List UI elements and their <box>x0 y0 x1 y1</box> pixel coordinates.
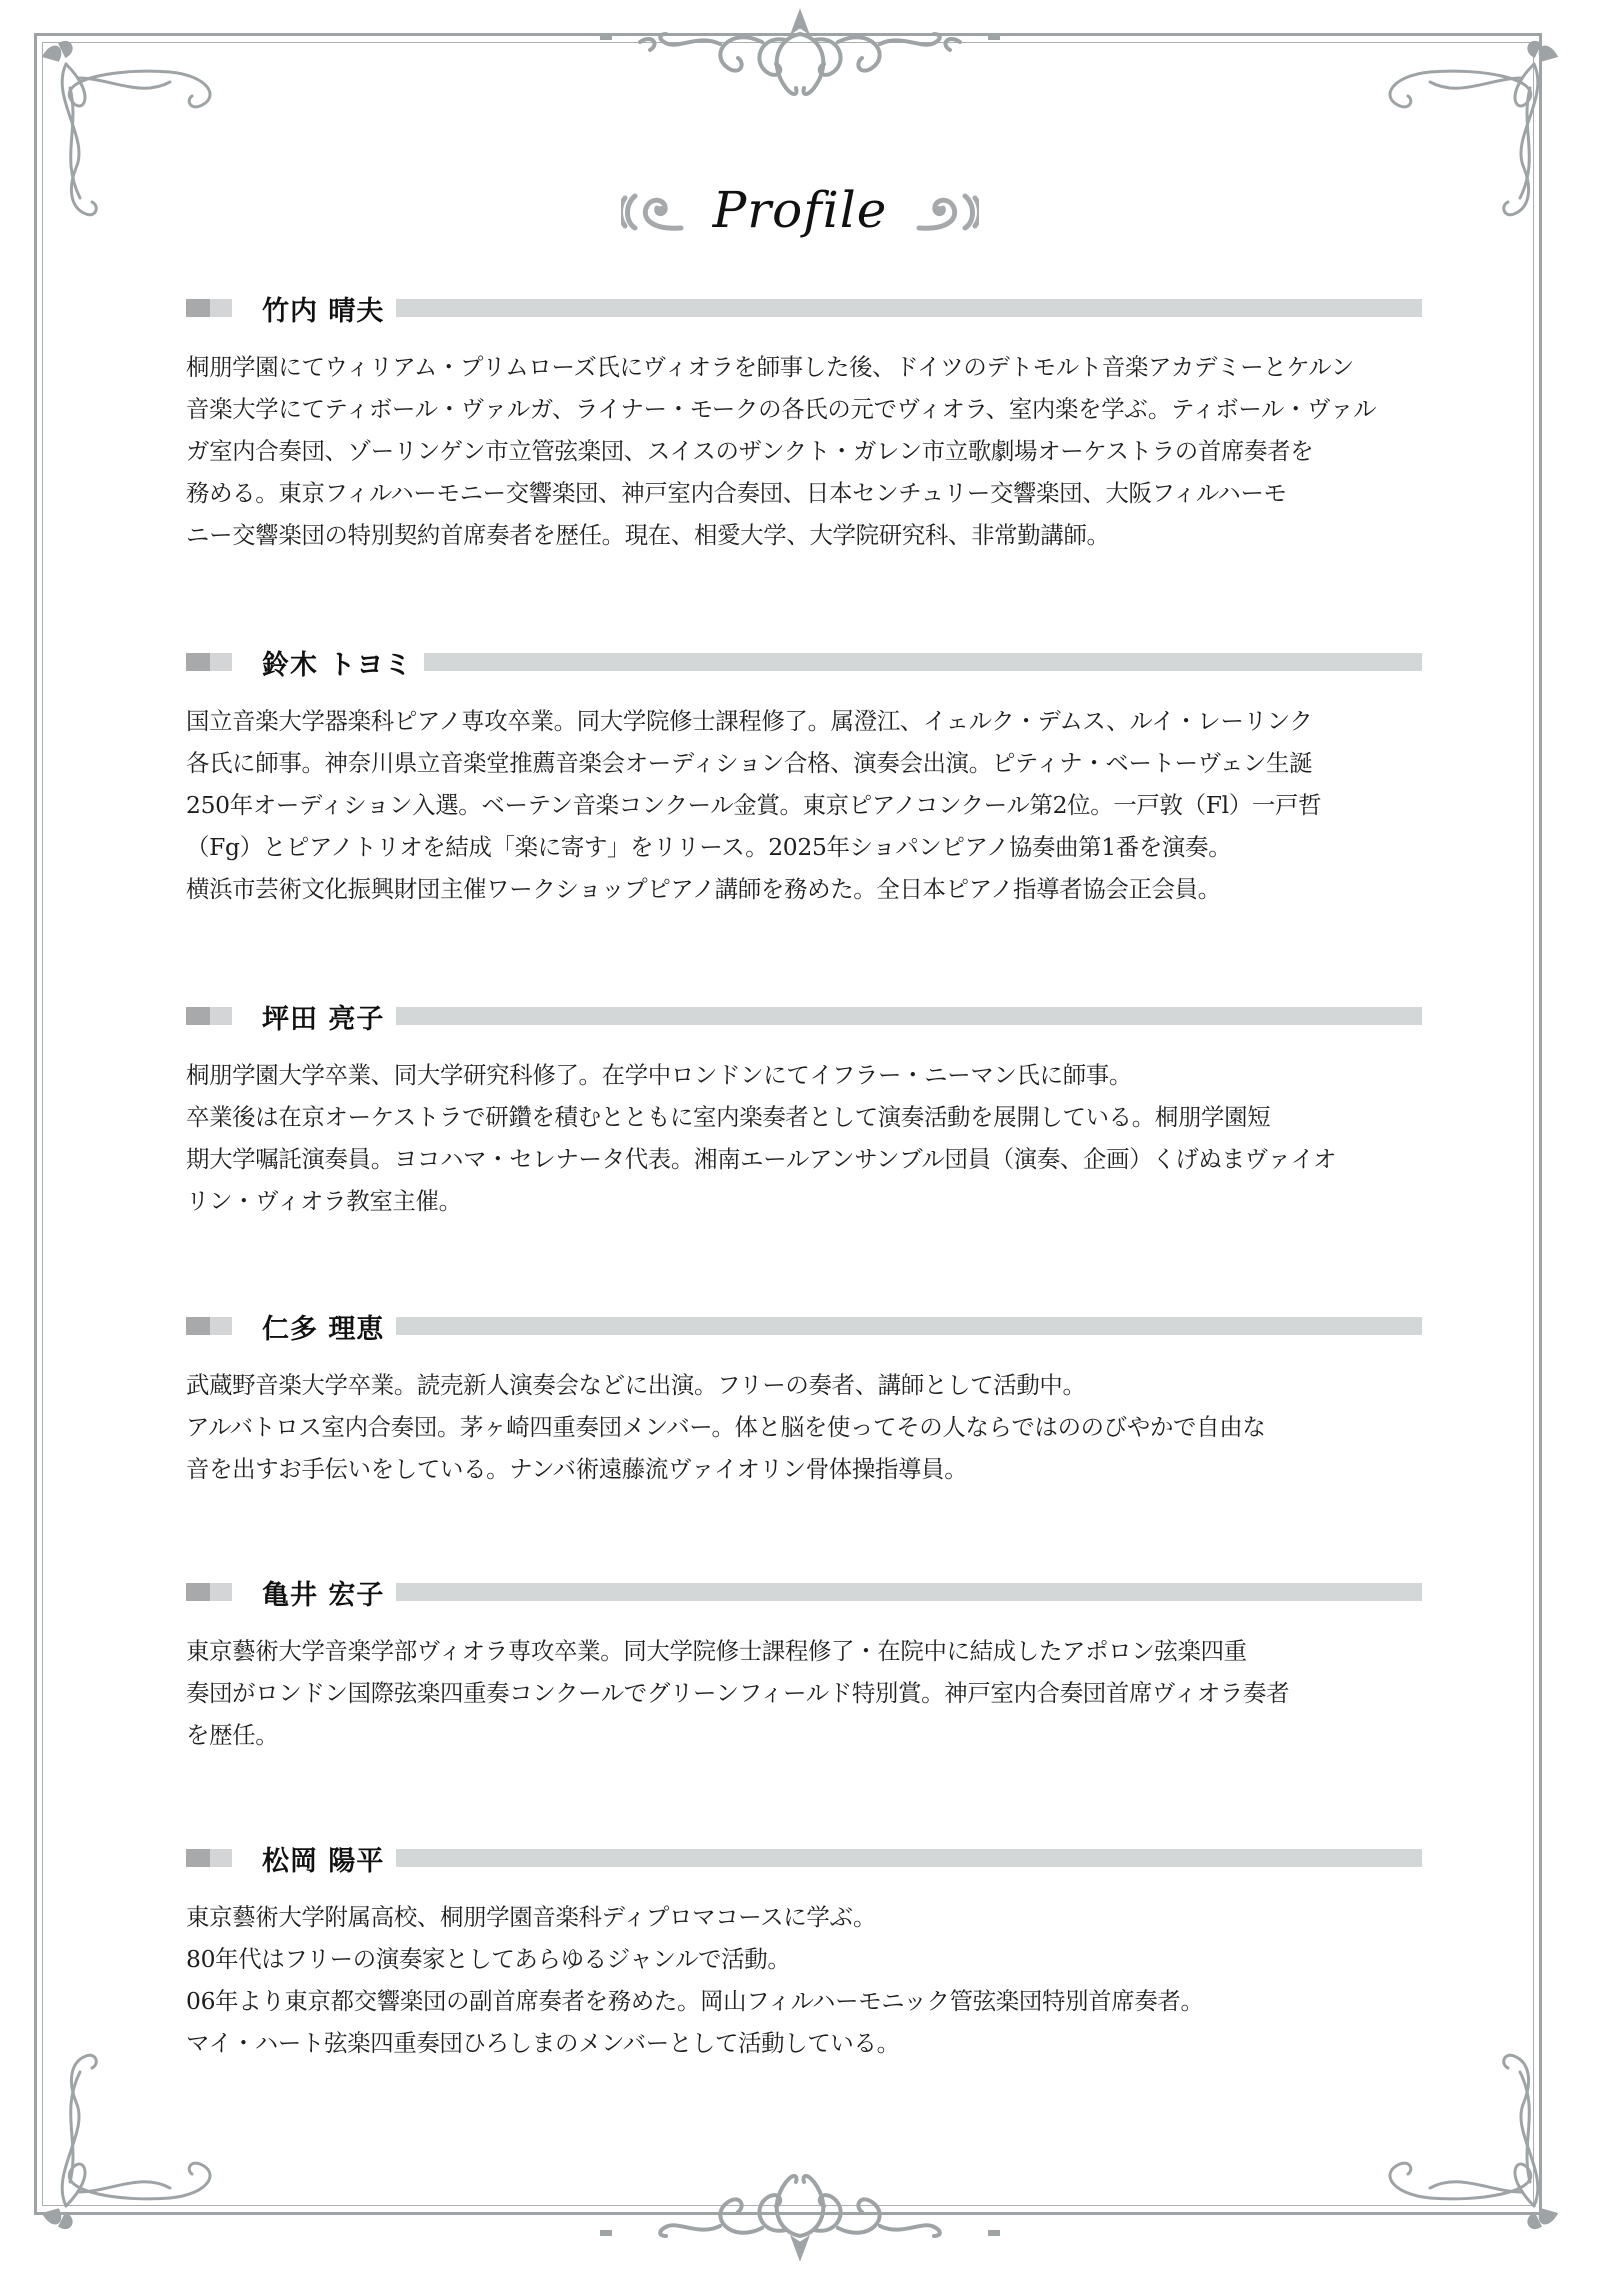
profile-section-6: 松岡 陽平 東京藝術大学附属高校、桐朋学園音楽科ディプロマコースに学ぶ。 80年… <box>186 1838 1422 2064</box>
bio-line: 期大学嘱託演奏員。ヨコハマ・セレナータ代表。湘南エールアンサンブル団員（演奏、企… <box>186 1138 1422 1180</box>
profile-header: 亀井 宏子 <box>186 1572 1422 1612</box>
bio-line: 桐朋学園大学卒業、同大学研究科修了。在学中ロンドンにてイフラー・ニーマン氏に師事… <box>186 1054 1422 1096</box>
bio-line: 音楽大学にてティボール・ヴァルガ、ライナー・モークの各氏の元でヴィオラ、室内楽を… <box>186 388 1422 430</box>
bio-line: 桐朋学園にてウィリアム・プリムローズ氏にヴィオラを師事した後、ドイツのデトモルト… <box>186 346 1422 388</box>
profile-section-1: 竹内 晴夫 桐朋学園にてウィリアム・プリムローズ氏にヴィオラを師事した後、ドイツ… <box>186 288 1422 556</box>
bio-line: リン・ヴィオラ教室主催。 <box>186 1180 1422 1222</box>
bio-line: を歴任。 <box>186 1714 1422 1756</box>
header-marker-dark <box>186 1849 210 1867</box>
bio-line: 奏団がロンドン国際弦楽四重奏コンクールでグリーンフィールド特別賞。神戸室内合奏団… <box>186 1672 1422 1714</box>
swirl-icon-left <box>621 188 685 232</box>
bottom-flourish-icon <box>600 2170 1000 2266</box>
bio-line: 80年代はフリーの演奏家としてあらゆるジャンルで活動。 <box>186 1938 1422 1980</box>
bio-line: 東京藝術大学音楽学部ヴィオラ専攻卒業。同大学院修士課程修了・在院中に結成したアポ… <box>186 1630 1422 1672</box>
header-bar <box>424 653 1422 671</box>
profile-section-3: 坪田 亮子 桐朋学園大学卒業、同大学研究科修了。在学中ロンドンにてイフラー・ニー… <box>186 996 1422 1222</box>
profile-bio: 国立音楽大学器楽科ピアノ専攻卒業。同大学院修士課程修了。属澄江、イェルク・デムス… <box>186 700 1422 910</box>
bio-line: （Fg）とピアノトリオを結成「楽に寄す」をリリース。2025年ショパンピアノ協奏… <box>186 826 1422 868</box>
profile-bio: 武蔵野音楽大学卒業。読売新人演奏会などに出演。フリーの奏者、講師として活動中。 … <box>186 1364 1422 1490</box>
bio-line: 音を出すお手伝いをしている。ナンバ術遠藤流ヴァイオリン骨体操指導員。 <box>186 1448 1422 1490</box>
header-bar <box>396 1583 1422 1601</box>
header-bar <box>396 1849 1422 1867</box>
header-marker-dark <box>186 653 210 671</box>
header-marker-dark <box>186 1583 210 1601</box>
bio-line: 横浜市芸術文化振興財団主催ワークショップピアノ講師を務めた。全日本ピアノ指導者協… <box>186 868 1422 910</box>
header-bar <box>396 299 1422 317</box>
profile-name: 亀井 宏子 <box>262 1573 384 1612</box>
profile-name: 鈴木 トヨミ <box>262 643 412 682</box>
profile-name: 仁多 理恵 <box>262 1307 384 1346</box>
profile-header: 鈴木 トヨミ <box>186 642 1422 682</box>
page-title-block: Profile <box>620 160 980 260</box>
bio-line: ガ室内合奏団、ゾーリンゲン市立管弦楽団、スイスのザンクト・ガレン市立歌劇場オーケ… <box>186 430 1422 472</box>
bio-line: 各氏に師事。神奈川県立音楽堂推薦音楽会オーディション合格、演奏会出演。ピティナ・… <box>186 742 1422 784</box>
profile-bio: 桐朋学園にてウィリアム・プリムローズ氏にヴィオラを師事した後、ドイツのデトモルト… <box>186 346 1422 556</box>
page-title: Profile <box>713 181 888 239</box>
header-bar <box>396 1007 1422 1025</box>
bio-line: 250年オーディション入選。ベーテン音楽コンクール金賞。東京ピアノコンクール第2… <box>186 784 1422 826</box>
header-marker-dark <box>186 1317 210 1335</box>
bio-line: 務める。東京フィルハーモニー交響楽団、神戸室内合奏団、日本センチュリー交響楽団、… <box>186 472 1422 514</box>
corner-swirl-icon-top-right <box>1360 38 1560 238</box>
bio-line: アルバトロス室内合奏団。茅ヶ崎四重奏団メンバー。体と脳を使ってその人ならではのの… <box>186 1406 1422 1448</box>
profile-header: 仁多 理恵 <box>186 1306 1422 1346</box>
header-marker-light <box>210 1007 232 1025</box>
header-bar <box>396 1317 1422 1335</box>
header-marker-light <box>210 1317 232 1335</box>
profile-section-2: 鈴木 トヨミ 国立音楽大学器楽科ピアノ専攻卒業。同大学院修士課程修了。属澄江、イ… <box>186 642 1422 910</box>
bio-line: 東京藝術大学附属高校、桐朋学園音楽科ディプロマコースに学ぶ。 <box>186 1896 1422 1938</box>
profile-bio: 東京藝術大学音楽学部ヴィオラ専攻卒業。同大学院修士課程修了・在院中に結成したアポ… <box>186 1630 1422 1756</box>
profile-name: 松岡 陽平 <box>262 1839 384 1878</box>
header-marker-dark <box>186 1007 210 1025</box>
header-marker-light <box>210 1849 232 1867</box>
top-flourish-icon <box>600 4 1000 100</box>
corner-swirl-icon-top-left <box>40 38 240 238</box>
header-marker-light <box>210 299 232 317</box>
bio-line: 国立音楽大学器楽科ピアノ専攻卒業。同大学院修士課程修了。属澄江、イェルク・デムス… <box>186 700 1422 742</box>
profile-header: 竹内 晴夫 <box>186 288 1422 328</box>
profile-name: 竹内 晴夫 <box>262 289 384 328</box>
profile-section-4: 仁多 理恵 武蔵野音楽大学卒業。読売新人演奏会などに出演。フリーの奏者、講師とし… <box>186 1306 1422 1490</box>
header-marker-light <box>210 653 232 671</box>
bio-line: 卒業後は在京オーケストラで研鑽を積むとともに室内楽奏者として演奏活動を展開してい… <box>186 1096 1422 1138</box>
bio-line: ニー交響楽団の特別契約首席奏者を歴任。現在、相愛大学、大学院研究科、非常勤講師。 <box>186 514 1422 556</box>
header-marker-dark <box>186 299 210 317</box>
profile-header: 坪田 亮子 <box>186 996 1422 1036</box>
bio-line: 06年より東京都交響楽団の副首席奏者を務めた。岡山フィルハーモニック管弦楽団特別… <box>186 1980 1422 2022</box>
swirl-icon-right <box>915 188 979 232</box>
header-marker-light <box>210 1583 232 1601</box>
profile-section-5: 亀井 宏子 東京藝術大学音楽学部ヴィオラ専攻卒業。同大学院修士課程修了・在院中に… <box>186 1572 1422 1756</box>
profile-name: 坪田 亮子 <box>262 997 384 1036</box>
bio-line: 武蔵野音楽大学卒業。読売新人演奏会などに出演。フリーの奏者、講師として活動中。 <box>186 1364 1422 1406</box>
profile-header: 松岡 陽平 <box>186 1838 1422 1878</box>
profile-bio: 東京藝術大学附属高校、桐朋学園音楽科ディプロマコースに学ぶ。 80年代はフリーの… <box>186 1896 1422 2064</box>
bio-line: マイ・ハート弦楽四重奏団ひろしまのメンバーとして活動している。 <box>186 2022 1422 2064</box>
profile-bio: 桐朋学園大学卒業、同大学研究科修了。在学中ロンドンにてイフラー・ニーマン氏に師事… <box>186 1054 1422 1222</box>
